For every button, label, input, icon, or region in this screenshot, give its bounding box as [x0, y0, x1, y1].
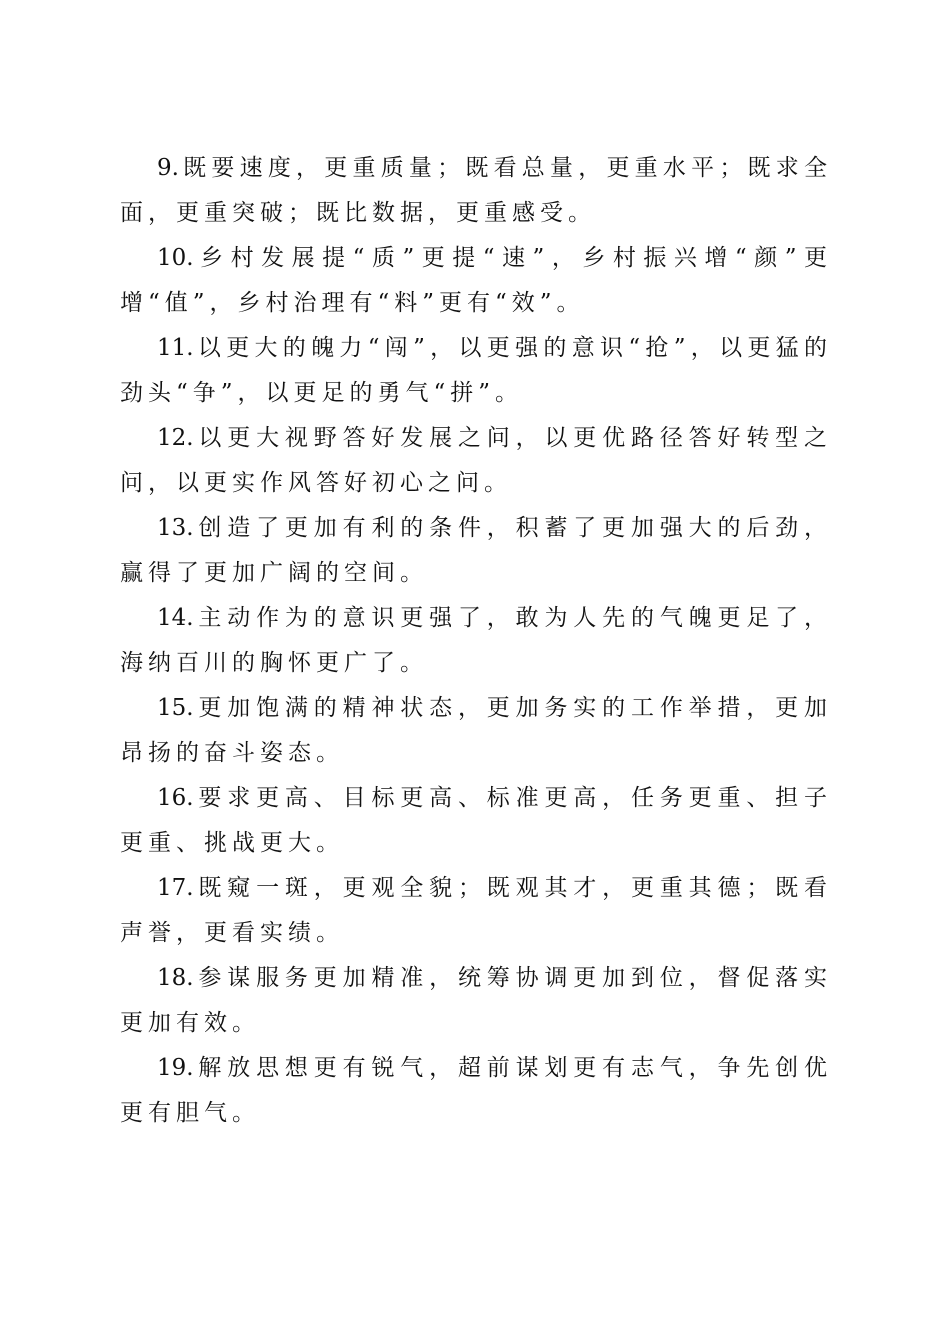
item-number: 19.: [157, 1055, 194, 1081]
item-text: 主动作为的意识更强了，敢为人先的气魄更足了，海纳百川的胸怀更广了。: [120, 605, 832, 676]
item-text: 参谋服务更加精准，统筹协调更加到位，督促落实更加有效。: [120, 965, 832, 1036]
item-number: 17.: [157, 875, 194, 901]
paragraph-item-11: 11.以更大的魄力“闯”，以更强的意识“抢”，以更猛的劲头“争”，以更足的勇气“…: [120, 326, 832, 416]
item-text: 以更大视野答好发展之问，以更优路径答好转型之问，以更实作风答好初心之问。: [120, 425, 832, 496]
paragraph-item-16: 16.要求更高、目标更高、标准更高，任务更重、担子更重、挑战更大。: [120, 776, 832, 866]
item-text: 以更大的魄力“闯”，以更强的意识“抢”，以更猛的劲头“争”，以更足的勇气“拼”。: [120, 335, 832, 406]
item-text: 乡村发展提“质”更提“速”，乡村振兴增“颜”更增“值”，乡村治理有“料”更有“效…: [120, 245, 832, 316]
item-number: 14.: [157, 605, 194, 631]
item-text: 更加饱满的精神状态，更加务实的工作举措，更加昂扬的奋斗姿态。: [120, 695, 832, 766]
item-text: 创造了更加有利的条件，积蓄了更加强大的后劲，赢得了更加广阔的空间。: [120, 515, 832, 586]
paragraph-item-12: 12.以更大视野答好发展之问，以更优路径答好转型之问，以更实作风答好初心之问。: [120, 416, 832, 506]
item-number: 9.: [157, 155, 179, 181]
paragraph-item-13: 13.创造了更加有利的条件，积蓄了更加强大的后劲，赢得了更加广阔的空间。: [120, 506, 832, 596]
item-number: 10.: [157, 245, 194, 271]
paragraph-item-18: 18.参谋服务更加精准，统筹协调更加到位，督促落实更加有效。: [120, 956, 832, 1046]
paragraph-item-17: 17.既窥一斑，更观全貌；既观其才，更重其德；既看声誉，更看实绩。: [120, 866, 832, 956]
paragraph-item-14: 14.主动作为的意识更强了，敢为人先的气魄更足了，海纳百川的胸怀更广了。: [120, 596, 832, 686]
item-number: 12.: [157, 425, 194, 451]
paragraph-item-10: 10.乡村发展提“质”更提“速”，乡村振兴增“颜”更增“值”，乡村治理有“料”更…: [120, 236, 832, 326]
item-number: 16.: [157, 785, 194, 811]
item-number: 18.: [157, 965, 194, 991]
item-number: 15.: [157, 695, 194, 721]
item-text: 既窥一斑，更观全貌；既观其才，更重其德；既看声誉，更看实绩。: [120, 875, 832, 946]
paragraph-item-9: 9.既要速度，更重质量；既看总量，更重水平；既求全面，更重突破；既比数据，更重感…: [120, 146, 832, 236]
item-text: 既要速度，更重质量；既看总量，更重水平；既求全面，更重突破；既比数据，更重感受。: [120, 155, 832, 226]
item-number: 11.: [157, 335, 194, 361]
paragraph-item-19: 19.解放思想更有锐气，超前谋划更有志气，争先创优更有胆气。: [120, 1046, 832, 1136]
item-number: 13.: [157, 515, 194, 541]
item-text: 解放思想更有锐气，超前谋划更有志气，争先创优更有胆气。: [120, 1055, 832, 1126]
document-page: 9.既要速度，更重质量；既看总量，更重水平；既求全面，更重突破；既比数据，更重感…: [120, 146, 832, 1136]
item-text: 要求更高、目标更高、标准更高，任务更重、担子更重、挑战更大。: [120, 785, 832, 856]
paragraph-item-15: 15.更加饱满的精神状态，更加务实的工作举措，更加昂扬的奋斗姿态。: [120, 686, 832, 776]
